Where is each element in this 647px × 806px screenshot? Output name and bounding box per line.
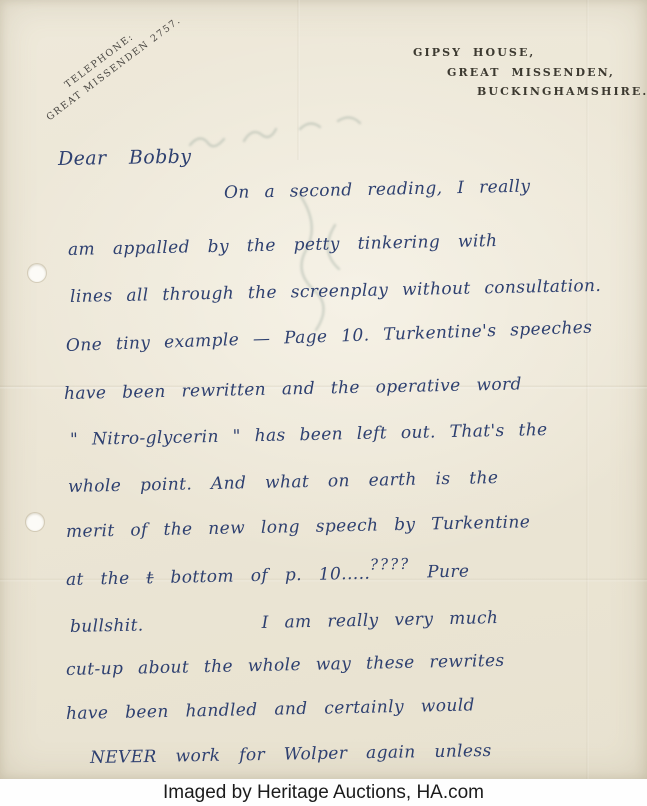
salutation: Dear Bobby xyxy=(58,146,192,170)
watermark-bar: Imaged by Heritage Auctions, HA.com xyxy=(0,779,647,806)
letter-line: am appalled by the petty tinkering with xyxy=(68,231,498,260)
punch-hole-top xyxy=(28,264,46,282)
letter-line: cut-up about the whole way these rewrite… xyxy=(66,651,505,680)
letter-line: NEVER work for Wolper again unless xyxy=(90,741,492,768)
ink-bleed-ghost xyxy=(150,105,470,345)
line-segment: at the xyxy=(66,568,147,590)
telephone-stamp: TELEPHONE: GREAT MISSENDEN 2757. xyxy=(34,9,173,124)
letter-line: have been handled and certainly would xyxy=(66,695,475,724)
stamp-line-2: GREAT MISSENDEN 2757. xyxy=(43,21,173,124)
line-segment: I am really very much xyxy=(261,608,498,633)
letterhead-county: BUCKINGHAMSHIRE. xyxy=(477,85,647,98)
letter-line: On a second reading, I really xyxy=(224,177,531,203)
paper-crease-vertical xyxy=(297,0,300,160)
line-segment: bottom of p. 10..... xyxy=(153,564,370,589)
letter-line: One tiny example — Page 10. Turkentine's… xyxy=(66,318,593,356)
line-segment: bullshit. xyxy=(70,615,144,637)
stamp-line-1: TELEPHONE: xyxy=(34,9,164,112)
paper-crease-vertical xyxy=(586,0,589,779)
letter-line: bullshit.I am really very much xyxy=(70,608,499,637)
letter-line: have been rewritten and the operative wo… xyxy=(64,374,522,404)
letter-line: " Nitro-glycerin " has been left out. Th… xyxy=(70,420,548,450)
letter-paper: TELEPHONE: GREAT MISSENDEN 2757. GIPSY H… xyxy=(0,0,647,779)
punch-hole-bottom xyxy=(26,513,44,531)
letterhead-town: GREAT MISSENDEN, xyxy=(447,66,615,79)
watermark-caption: Imaged by Heritage Auctions, HA.com xyxy=(163,782,484,804)
letter-line: lines all through the screenplay without… xyxy=(70,276,602,307)
letter-line: whole point. And what on earth is the xyxy=(68,468,499,497)
line-segment: Pure xyxy=(410,562,469,583)
letter-line: at the t bottom of p. 10.....???? Pure xyxy=(66,562,470,590)
letterhead-house: GIPSY HOUSE, xyxy=(413,46,535,59)
scanned-letter-image: TELEPHONE: GREAT MISSENDEN 2757. GIPSY H… xyxy=(0,0,647,806)
question-marks: ???? xyxy=(370,555,411,574)
letter-line: merit of the new long speech by Turkenti… xyxy=(66,512,531,542)
